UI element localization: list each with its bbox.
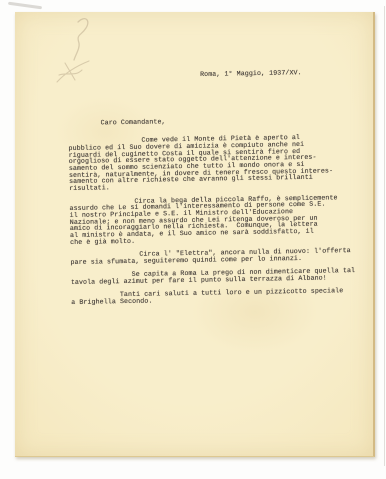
- letter-body: Come vede il Monte di Pietà è aperto alp…: [68, 134, 367, 307]
- letter-paper: Roma, 1° Maggio, 1937/XV. Caro Comandant…: [15, 12, 375, 457]
- scan-edge-line: [384, 6, 385, 466]
- paragraph: Circa l' "Elettra", ancora nulla di nuov…: [70, 248, 366, 267]
- paragraph: Tanti cari saluti a tutti loro e un pizz…: [71, 288, 367, 307]
- paragraph: Se capita a Roma La prego di non dimenti…: [71, 268, 367, 287]
- pencil-scribble-mark: [45, 14, 115, 94]
- letter-text-block: Caro Comandante, Come vede il Monte di P…: [68, 116, 367, 314]
- salutation: Caro Comandante,: [68, 116, 364, 128]
- paragraph: Come vede il Monte di Pietà è aperto alp…: [68, 134, 365, 193]
- paragraph: Circa la bega della piccola Raffo, è sem…: [69, 194, 366, 246]
- scanner-artifact: [8, 2, 42, 10]
- dateline: Roma, 1° Maggio, 1937/XV.: [200, 70, 302, 78]
- scan-background: Roma, 1° Maggio, 1937/XV. Caro Comandant…: [0, 0, 386, 479]
